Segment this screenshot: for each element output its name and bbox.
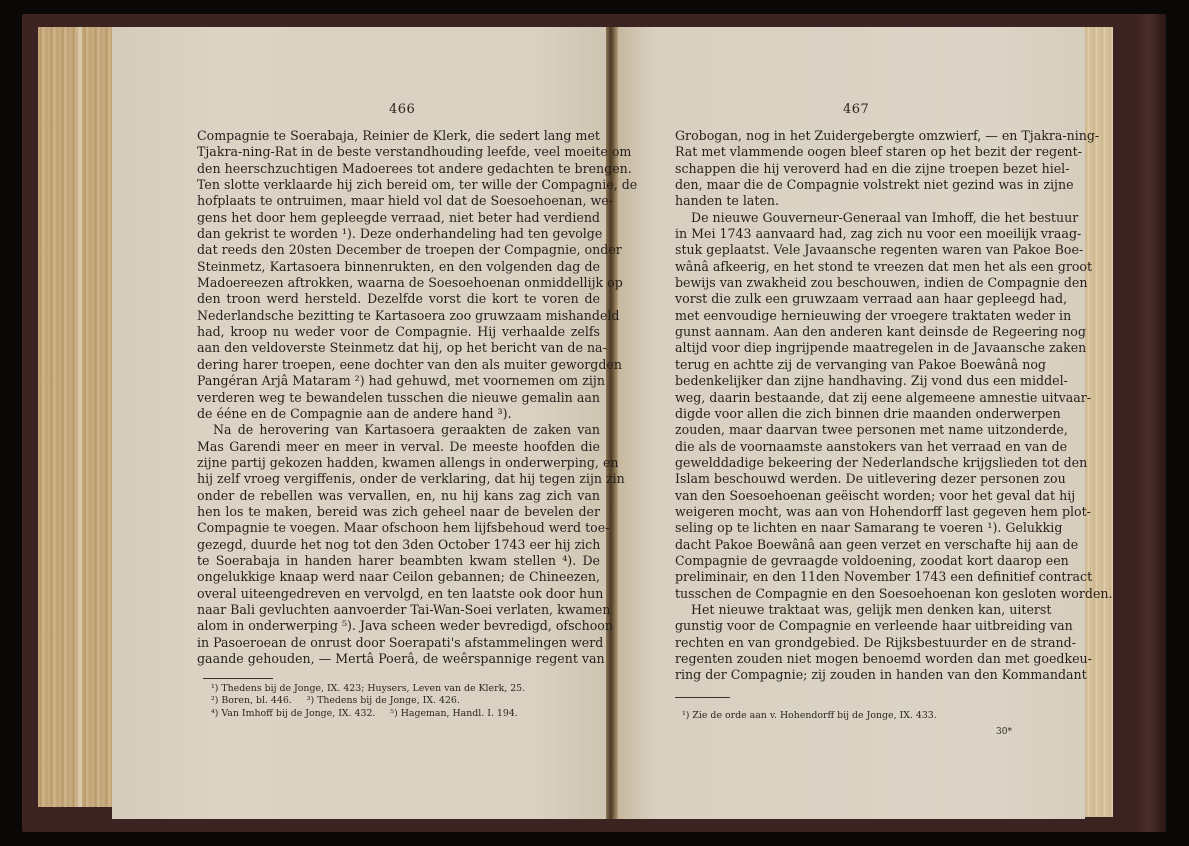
text-line: terug en achtte zij de vervanging van Pa…: [675, 357, 1022, 373]
text-line: stuk geplaatst. Vele Javaansche regenten…: [675, 242, 1022, 258]
text-line: seling op te lichten en naar Samarang te…: [675, 520, 1022, 536]
text-line: Ten slotte verklaarde hij zich bereid om…: [197, 177, 600, 193]
text-line: Na de herovering van Kartasoera geraakte…: [197, 422, 600, 438]
text-line: gezegd, duurde het nog tot den 3den Octo…: [197, 537, 600, 553]
text-line: de ééne en de Compagnie aan de andere ha…: [197, 406, 600, 422]
text-line: gunst aannam. Aan den anderen kant deins…: [675, 324, 1022, 340]
text-line: weigeren mocht, was aan von Hohendorff l…: [675, 504, 1022, 520]
text-line: Compagnie te voegen. Maar ofschoon hem l…: [197, 520, 600, 536]
text-line: zouden, maar daarvan twee personen met n…: [675, 422, 1022, 438]
footnote: ¹) Thedens bij de Jonge, IX. 423; Huyser…: [211, 683, 525, 695]
text-line: dan gekrist te worden ¹). Deze onderhand…: [197, 226, 600, 242]
text-line: hen los te maken, bereid was zich geheel…: [197, 504, 600, 520]
left-page-body: Compagnie te Soerabaja, Reinier de Klerk…: [197, 128, 600, 667]
text-line: gens het door hem gepleegde verraad, nie…: [197, 210, 600, 226]
left-page-footnotes: ¹) Thedens bij de Jonge, IX. 423; Huyser…: [211, 683, 525, 720]
text-line: handen te laten.: [675, 193, 1022, 209]
text-line: wânâ afkeerig, en het stond te vreezen d…: [675, 259, 1022, 275]
footnote: ¹) Zie de orde aan v. Hohendorff bij de …: [682, 710, 937, 722]
footnote-rule-right: [675, 697, 730, 698]
book-cover-edge: [1138, 14, 1166, 832]
text-line: Grobogan, nog in het Zuidergebergte omzw…: [675, 128, 1022, 144]
text-line: regenten zouden niet mogen benoemd worde…: [675, 651, 1022, 667]
text-line: Madoereezen aftrokken, waarna de Soesoeh…: [197, 275, 600, 291]
text-line: schappen die hij veroverd had en die zij…: [675, 161, 1022, 177]
text-line: met eenvoudige hernieuwing der vroegere …: [675, 308, 1022, 324]
text-line: ongelukkige knaap werd naar Ceilon geban…: [197, 569, 600, 585]
text-line: den heerschzuchtigen Madoerees tot ander…: [197, 161, 600, 177]
text-line: had, kroop nu weder voor de Compagnie. H…: [197, 324, 600, 340]
text-line: in Pasoeroean de onrust door Soerapati's…: [197, 635, 600, 651]
text-line: dat reeds den 20sten December de troepen…: [197, 242, 600, 258]
text-line: zijne partij gekozen hadden, kwamen alle…: [197, 455, 600, 471]
text-line: verderen weg te bewandelen tusschen die …: [197, 390, 600, 406]
page-number-right: 467: [843, 102, 869, 117]
text-line: hofplaats te ontruimen, maar hield vol d…: [197, 193, 600, 209]
text-line: gaande gehouden, — Mertâ Poerâ, de weêrs…: [197, 651, 600, 667]
text-line: in Mei 1743 aanvaard had, zag zich nu vo…: [675, 226, 1022, 242]
text-line: van den Soesoehoenan geëischt worden; vo…: [675, 488, 1022, 504]
text-line: naar Bali gevluchten aanvoerder Tai-Wan-…: [197, 602, 600, 618]
text-line: ring der Compagnie; zij zouden in handen…: [675, 667, 1022, 683]
page-edges-right: [1083, 27, 1113, 817]
text-line: den, maar die de Compagnie volstrekt nie…: [675, 177, 1022, 193]
text-line: Compagnie de gevraagde voldoening, zooda…: [675, 553, 1022, 569]
text-line: Pangéran Arjâ Mataram ²) had gehuwd, met…: [197, 373, 600, 389]
text-line: weg, daarin bestaande, dat zij eene alge…: [675, 390, 1022, 406]
page-edges-left: [38, 27, 112, 807]
text-line: Steinmetz, Kartasoera binnenrukten, en d…: [197, 259, 600, 275]
text-line: dacht Pakoe Boewânâ aan geen verzet en v…: [675, 537, 1022, 553]
text-line: preliminair, en den 11den November 1743 …: [675, 569, 1022, 585]
text-line: hij zelf vroeg vergiffenis, onder de ver…: [197, 471, 600, 487]
text-line: aan den veldoverste Steinmetz dat hij, o…: [197, 340, 600, 356]
text-line: Compagnie te Soerabaja, Reinier de Klerk…: [197, 128, 600, 144]
text-line: bedenkelijker dan zijne handhaving. Zij …: [675, 373, 1022, 389]
text-line: den troon werd hersteld. Dezelfde vorst …: [197, 291, 600, 307]
text-line: digde voor allen die zich binnen drie ma…: [675, 406, 1022, 422]
right-page-body: Grobogan, nog in het Zuidergebergte omzw…: [675, 128, 1022, 684]
text-line: gunstig voor de Compagnie en verleende h…: [675, 618, 1022, 634]
text-line: alom in onderwerping ⁵). Java scheen wed…: [197, 618, 600, 634]
text-line: Tjakra-ning-Rat in de beste verstandhoud…: [197, 144, 600, 160]
text-line: altijd voor diep ingrijpende maatregelen…: [675, 340, 1022, 356]
text-line: rechten en van grondgebied. De Rijksbest…: [675, 635, 1022, 651]
footnote: ²) Boren, bl. 446. ³) Thedens bij de Jon…: [211, 695, 525, 707]
text-line: overal uiteengedreven en vervolgd, en te…: [197, 586, 600, 602]
text-line: De nieuwe Gouverneur-Generaal van Imhoff…: [675, 210, 1022, 226]
text-line: dering harer troepen, eene dochter van d…: [197, 357, 600, 373]
text-line: tusschen de Compagnie en den Soesoehoena…: [675, 586, 1022, 602]
text-line: Mas Garendi meer en meer in verval. De m…: [197, 439, 600, 455]
text-line: te Soerabaja in handen harer beambten kw…: [197, 553, 600, 569]
text-line: Rat met vlammende oogen bleef staren op …: [675, 144, 1022, 160]
footnote: ⁴) Van Imhoff bij de Jonge, IX. 432. ⁵) …: [211, 708, 525, 720]
text-line: gewelddadige bekeering der Nederlandsche…: [675, 455, 1022, 471]
page-number-left: 466: [389, 102, 415, 117]
text-line: Het nieuwe traktaat was, gelijk men denk…: [675, 602, 1022, 618]
signature-mark: 30*: [996, 727, 1012, 737]
text-line: vorst die zulk een gruwzaam verraad aan …: [675, 291, 1022, 307]
text-line: Nederlandsche bezitting te Kartasoera zo…: [197, 308, 600, 324]
text-line: bewijs van zwakheid zou beschouwen, indi…: [675, 275, 1022, 291]
footnote-rule-left: [203, 678, 273, 679]
text-line: Islam beschouwd werden. De uitlevering d…: [675, 471, 1022, 487]
right-page-footnotes: ¹) Zie de orde aan v. Hohendorff bij de …: [682, 710, 937, 722]
text-line: die als de voornaamste aanstokers van he…: [675, 439, 1022, 455]
text-line: onder de rebellen was vervallen, en, nu …: [197, 488, 600, 504]
